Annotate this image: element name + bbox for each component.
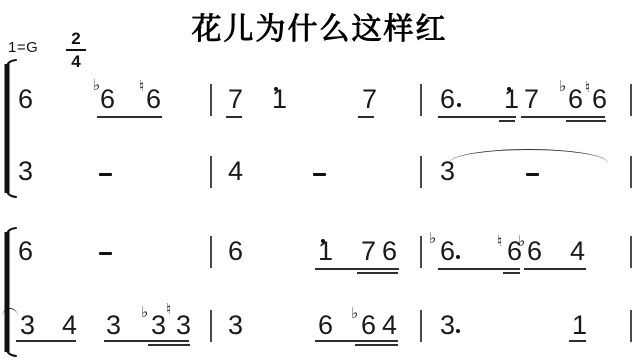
note-digit: 6	[568, 86, 583, 113]
note-digit: 6	[18, 86, 33, 113]
note-digit: 4	[62, 312, 77, 339]
sustain-dash	[99, 252, 112, 255]
barline	[630, 156, 632, 188]
note-digit: 7	[361, 238, 376, 265]
flat-accidental-icon: ♭	[141, 305, 148, 320]
barline	[630, 84, 632, 116]
note-digit: 3	[151, 312, 166, 339]
augmentation-dot	[456, 329, 460, 333]
beam-underline	[16, 340, 76, 342]
beam-underline	[499, 120, 515, 122]
beam-underline	[566, 120, 606, 122]
note-digit: 6	[361, 312, 376, 339]
note-digit: 6	[318, 312, 333, 339]
barline	[630, 236, 632, 268]
beam-underline	[569, 340, 586, 342]
note-digit: 3	[176, 312, 191, 339]
note-digit: 3	[20, 312, 35, 339]
barline	[630, 310, 632, 342]
barline	[420, 236, 422, 268]
note-digit: 6	[440, 238, 455, 265]
note-digit: 4	[382, 312, 397, 339]
note-digit: 7	[524, 86, 539, 113]
note-digit: 1	[504, 86, 519, 113]
note-digit: 6	[382, 238, 397, 265]
flat-accidental-icon: ♭	[559, 79, 566, 94]
beam-underline	[521, 116, 605, 118]
beam-underline	[226, 116, 242, 118]
augmentation-dot	[456, 255, 460, 259]
natural-accidental-icon: ♮	[139, 79, 144, 94]
natural-accidental-icon: ♮	[585, 80, 590, 95]
note-digit: 6	[146, 86, 161, 113]
beam-underline	[357, 272, 398, 274]
note-digit: 3	[106, 312, 121, 339]
note-digit: 6	[527, 238, 542, 265]
sustain-dash	[526, 173, 539, 176]
barline	[210, 236, 212, 268]
barline	[420, 156, 422, 188]
barline	[210, 84, 212, 116]
sheet-music-page: 花儿为什么这样红 1=G 2 4 66671761766343661766664…	[0, 0, 639, 364]
note-digit: 7	[228, 86, 243, 113]
barline	[420, 310, 422, 342]
beam-underline	[97, 116, 162, 118]
note-digit: 6	[592, 86, 607, 113]
beam-underline	[438, 268, 520, 270]
beam-underline	[148, 344, 190, 346]
natural-accidental-icon: ♮	[166, 302, 171, 317]
tie-arc	[449, 149, 608, 163]
beam-underline	[104, 340, 189, 342]
note-digit: 3	[440, 312, 455, 339]
sustain-dash	[99, 173, 112, 176]
note-digit: 6	[100, 86, 115, 113]
note-digit: 7	[362, 86, 377, 113]
octave-dot	[507, 87, 511, 91]
barline	[420, 84, 422, 116]
barline	[210, 156, 212, 188]
note-digit: 4	[228, 158, 243, 185]
system-bracket	[1, 228, 19, 356]
note-digit: 1	[572, 312, 587, 339]
beam-underline	[315, 340, 398, 342]
note-digit: 4	[570, 238, 585, 265]
note-digit: 3	[228, 312, 243, 339]
flat-accidental-icon: ♭	[93, 78, 100, 93]
system-bracket	[1, 60, 19, 197]
flat-accidental-icon: ♭	[429, 231, 436, 246]
beam-underline	[315, 268, 399, 270]
note-digit: 6	[18, 238, 33, 265]
notation-area: 6667176176634366176666434333366431♭♮♭♮♭♮…	[0, 0, 639, 364]
barline	[210, 310, 212, 342]
beam-underline	[438, 116, 516, 118]
note-digit: 6	[440, 86, 455, 113]
note-digit: 1	[318, 238, 333, 265]
beam-underline	[355, 344, 398, 346]
octave-dot	[274, 87, 278, 91]
beam-underline	[503, 272, 520, 274]
octave-dot	[321, 239, 325, 243]
note-digit: 6	[228, 238, 243, 265]
note-digit: 3	[18, 158, 33, 185]
sustain-dash	[313, 173, 326, 176]
flat-accidental-icon: ♭	[518, 234, 525, 249]
natural-accidental-icon: ♮	[497, 234, 502, 249]
beam-underline	[358, 116, 374, 118]
flat-accidental-icon: ♭	[351, 306, 358, 321]
augmentation-dot	[457, 103, 461, 107]
beam-underline	[524, 268, 586, 270]
